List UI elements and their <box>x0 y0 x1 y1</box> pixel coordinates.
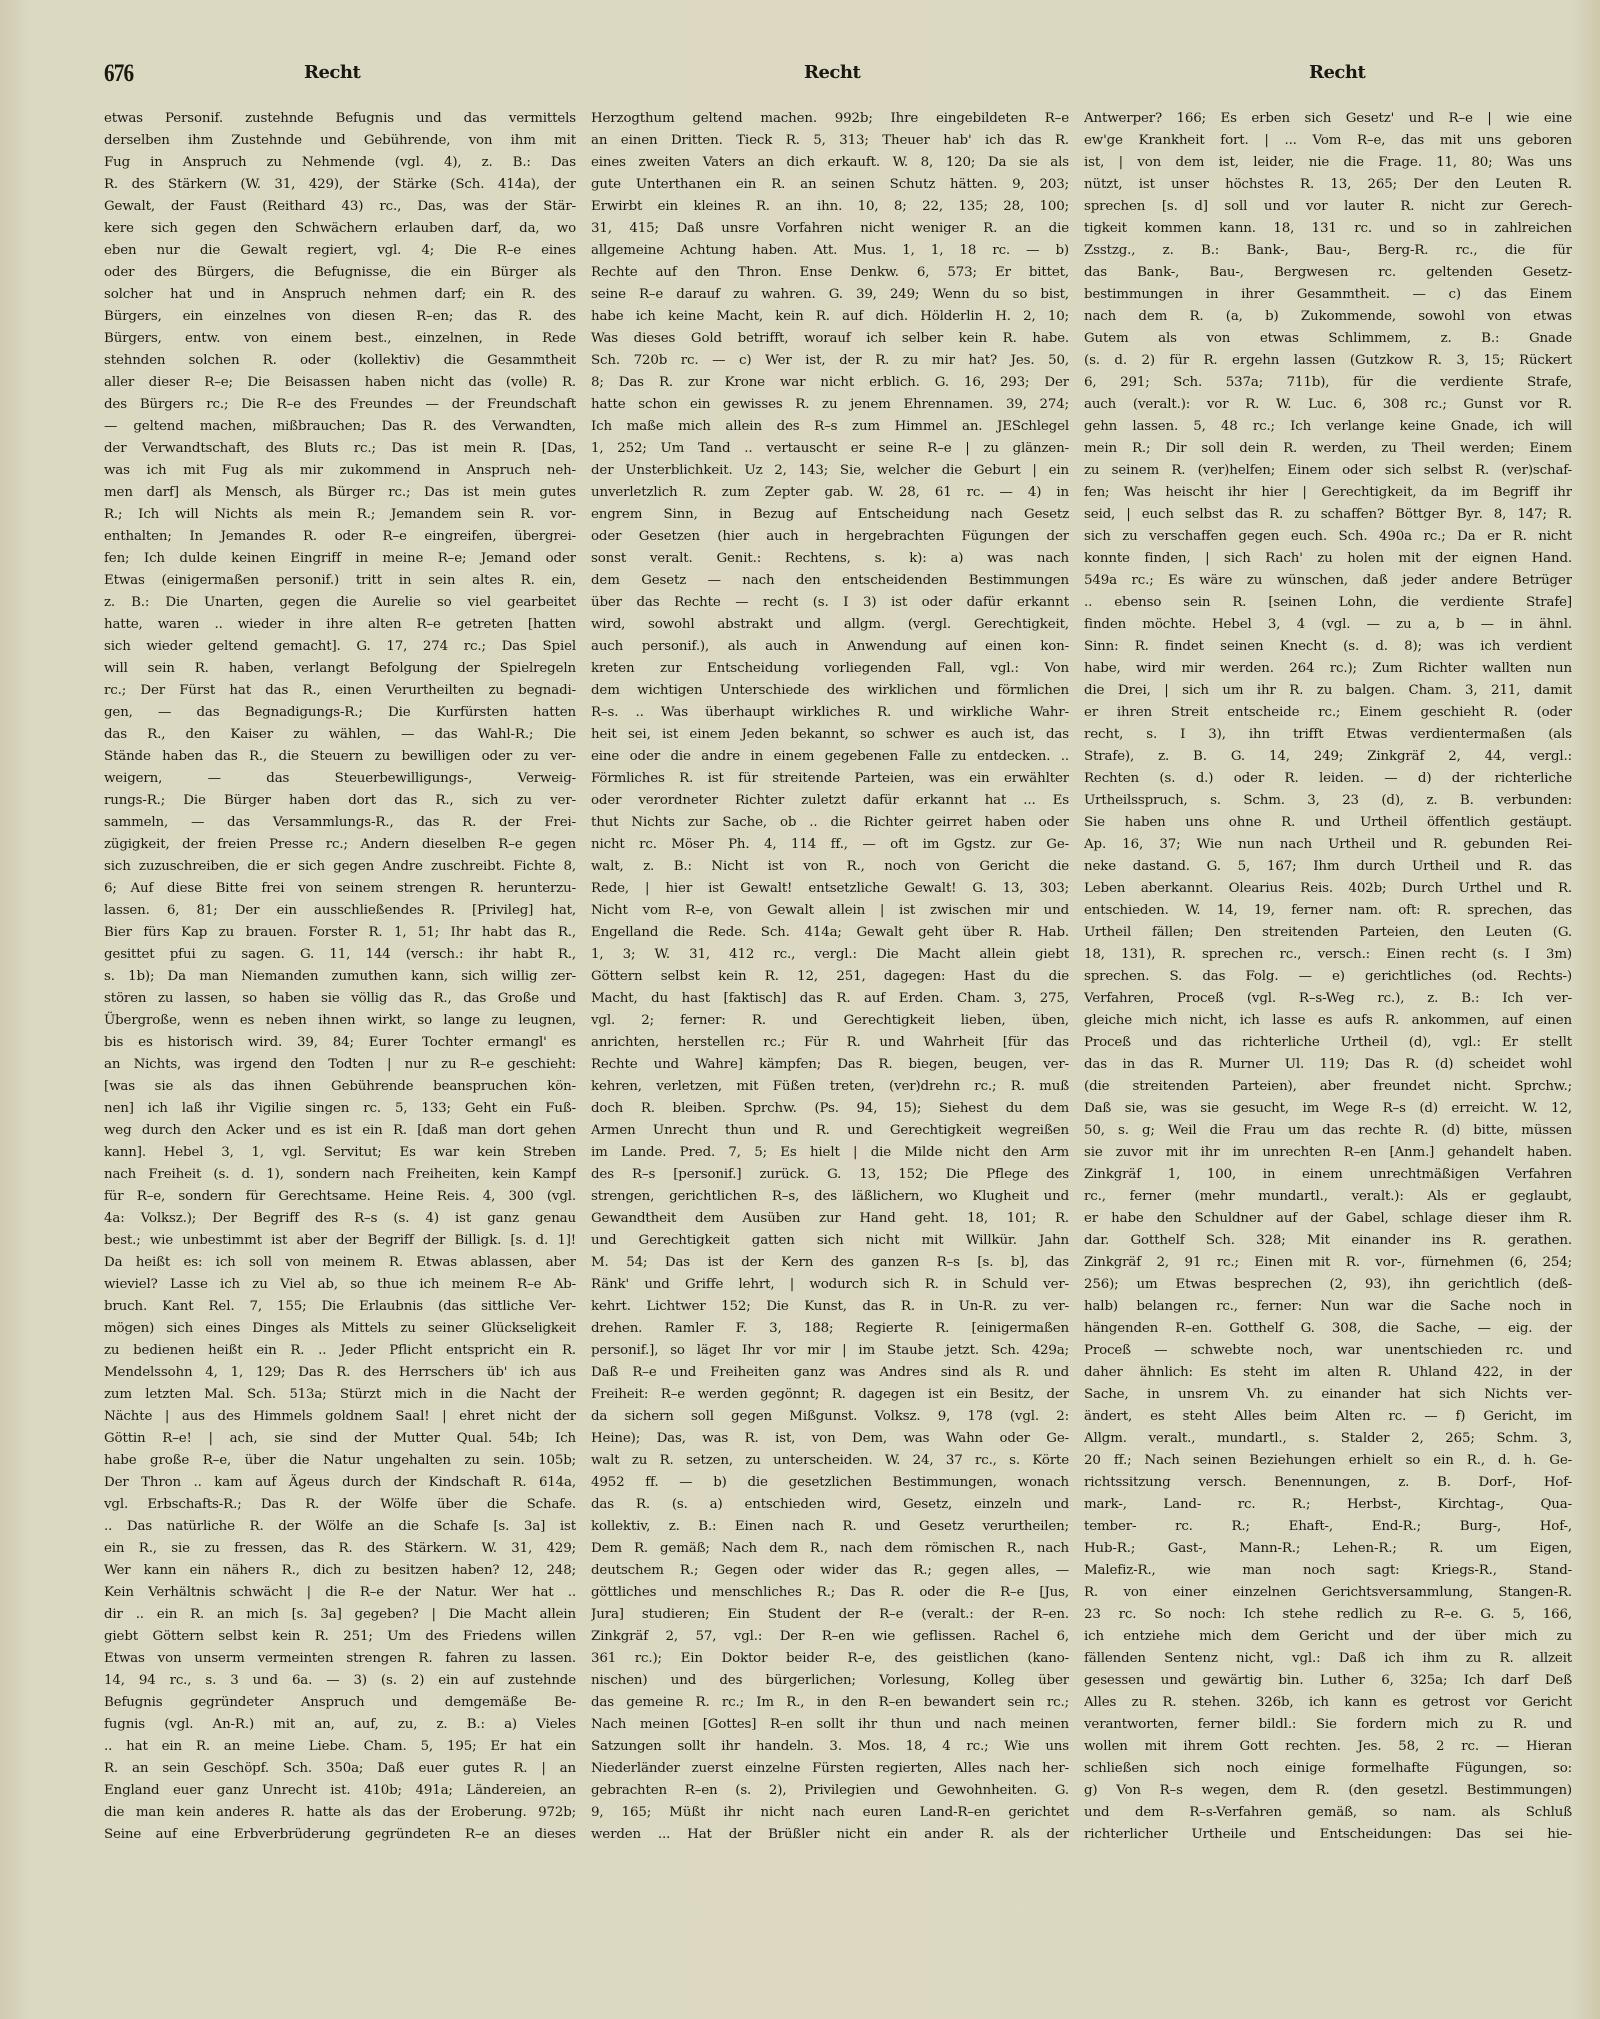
text-line: Göttin R–e! | ach, sie sind der Mutter Q… <box>104 1428 576 1450</box>
text-line: kreten zur Entscheidung vorliegenden Fal… <box>591 658 1069 680</box>
text-line: das gemeine R. rc.; Im R., in den R–en b… <box>591 1692 1069 1714</box>
text-line: Proceß und das richterliche Urtheil (d),… <box>1084 1032 1572 1054</box>
text-line: Rede, | hier ist Gewalt! entsetzliche Ge… <box>591 878 1069 900</box>
text-line: Rechte und Wahre] kämpfen; Das R. biegen… <box>591 1054 1069 1076</box>
text-line: rungs-R.; Die Bürger haben dort das R., … <box>104 790 576 812</box>
text-line: fällenden Sentenz nicht, vgl.: Daß ich i… <box>1084 1648 1572 1670</box>
text-line: 9, 165; Müßt ihr nicht nach euren Land-R… <box>591 1802 1069 1824</box>
text-line: 14, 94 rc., s. 3 und 6a. — 3) (s. 2) ein… <box>104 1670 576 1692</box>
text-line: richtssitzung versch. Benennungen, z. B.… <box>1084 1472 1572 1494</box>
text-line: sonst veralt. Genit.: Rechtens, s. k): a… <box>591 548 1069 570</box>
text-line: Zinkgräf 2, 57, vgl.: Der R–en wie gefli… <box>591 1626 1069 1648</box>
text-line: ich entziehe mich dem Gericht und der üb… <box>1084 1626 1572 1648</box>
text-line: Nächte | aus des Himmels goldnem Saal! |… <box>104 1406 576 1428</box>
text-line: Daß sie, was sie gesucht, im Wege R–s (d… <box>1084 1098 1572 1120</box>
text-line: Rechte auf den Thron. Ense Denkw. 6, 573… <box>591 262 1069 284</box>
text-line: mögen) sich eines Dinges als Mittels zu … <box>104 1318 576 1340</box>
text-line: unverletzlich R. zum Zepter gab. W. 28, … <box>591 482 1069 504</box>
text-line: ändert, es steht Alles beim Alten rc. — … <box>1084 1406 1572 1428</box>
text-line: der Unsterblichkeit. Uz 2, 143; Sie, wel… <box>591 460 1069 482</box>
text-line: gebrachten R–en (s. 2), Privilegien und … <box>591 1780 1069 1802</box>
text-line: R. an sein Geschöpf. Sch. 350a; Daß euer… <box>104 1758 576 1780</box>
text-line: Erwirbt ein kleines R. an ihn. 10, 8; 22… <box>591 196 1069 218</box>
text-line: personif.], so läget Ihr vor mir | im St… <box>591 1340 1069 1362</box>
text-line: Heine); Das, was R. ist, von Dem, was Wa… <box>591 1428 1069 1450</box>
text-line: — geltend machen, mißbrauchen; Das R. de… <box>104 416 576 438</box>
text-line: Fug in Anspruch zu Nehmende (vgl. 4), z.… <box>104 152 576 174</box>
text-line: 4a: Volksz.); Der Begriff des R–s (s. 4)… <box>104 1208 576 1230</box>
text-line: zügigkeit, der freien Presse rc.; Andern… <box>104 834 576 856</box>
text-line: allgemeine Achtung haben. Att. Mus. 1, 1… <box>591 240 1069 262</box>
text-line: z. B.: Die Unarten, gegen die Aurelie so… <box>104 592 576 614</box>
text-line: .. Das natürliche R. der Wölfe an die Sc… <box>104 1516 576 1538</box>
text-line: des Bürgers rc.; Die R–e des Freundes — … <box>104 394 576 416</box>
text-line: 6, 291; Sch. 537a; 711b), für die verdie… <box>1084 372 1572 394</box>
text-line: ist, | von dem ist, leider, nie die Frag… <box>1084 152 1572 174</box>
text-line: Urtheil fällen; Den streitenden Parteien… <box>1084 922 1572 944</box>
text-line: sprechen. S. das Folg. — e) gerichtliche… <box>1084 966 1572 988</box>
text-line: weigern, — das Steuerbewilligungs-, Verw… <box>104 768 576 790</box>
text-line: 256); um Etwas besprechen (2, 93), ihn g… <box>1084 1274 1572 1296</box>
text-line: etwas Personif. zustehnde Befugnis und d… <box>104 108 576 130</box>
text-line: 1, 3; W. 31, 412 rc., vergl.: Die Macht … <box>591 944 1069 966</box>
text-line: des R–s [personif.] zurück. G. 13, 152; … <box>591 1164 1069 1186</box>
text-line: sie zuvor mit ihr im unrechten R–en [Anm… <box>1084 1142 1572 1164</box>
text-line: Daß R–e und Freiheiten ganz was Andres s… <box>591 1362 1069 1384</box>
text-line: seine R–e darauf zu wahren. G. 39, 249; … <box>591 284 1069 306</box>
text-line: Göttern selbst kein R. 12, 251, dagegen:… <box>591 966 1069 988</box>
text-line: gesessen und gewärtig bin. Luther 6, 325… <box>1084 1670 1572 1692</box>
text-line: habe ich keine Macht, kein R. auf dich. … <box>591 306 1069 328</box>
text-line: nen] ich laß ihr Vigilie singen rc. 5, 1… <box>104 1098 576 1120</box>
text-line: Urtheilsspruch, s. Schm. 3, 23 (d), z. B… <box>1084 790 1572 812</box>
text-line: nischen) und des bürgerlichen; Vorlesung… <box>591 1670 1069 1692</box>
text-line: Sch. 720b rc. — c) Wer ist, der R. zu mi… <box>591 350 1069 372</box>
text-line: fen; Was heischt ihr hier | Gerechtigkei… <box>1084 482 1572 504</box>
text-line: Stände haben das R., die Steuern zu bewi… <box>104 746 576 768</box>
text-line: eine oder die andre in einem gegebenen F… <box>591 746 1069 768</box>
text-line: nützt, ist unser höchstes R. 13, 265; De… <box>1084 174 1572 196</box>
text-line: stehnden solchen R. oder (kollektiv) die… <box>104 350 576 372</box>
text-line: entschieden. W. 14, 19, ferner nam. oft:… <box>1084 900 1572 922</box>
text-line: gleiche mich nicht, ich lasse es aufs R.… <box>1084 1010 1572 1032</box>
text-line: 1, 252; Um Tand .. vertauscht er seine R… <box>591 438 1069 460</box>
text-line: dir .. ein R. an mich [s. 3a] gegeben? |… <box>104 1604 576 1626</box>
text-line: hatte schon ein gewisses R. zu jenem Ehr… <box>591 394 1069 416</box>
text-line: das in das R. Murner Ul. 119; Das R. (d)… <box>1084 1054 1572 1076</box>
text-line: heit sei, ist einem Jeden bekannt, so sc… <box>591 724 1069 746</box>
text-line: rc.; Der Fürst hat das R., einen Verurth… <box>104 680 576 702</box>
text-line: (die streitenden Parteien), aber freunde… <box>1084 1076 1572 1098</box>
text-line: drehen. Ramler F. 3, 188; Regierte R. [e… <box>591 1318 1069 1340</box>
text-line: Da heißt es: ich soll von meinem R. Etwa… <box>104 1252 576 1274</box>
text-line: das R. (s. a) entschieden wird, Gesetz, … <box>591 1494 1069 1516</box>
text-line: und Gerechtigkeit gatten sich nicht mit … <box>591 1230 1069 1252</box>
text-line: Sache, in unsrem Vh. zu einander hat sic… <box>1084 1384 1572 1406</box>
text-line: Allgm. veralt., mundartl., s. Stalder 2,… <box>1084 1428 1572 1450</box>
text-line: wird, sowohl abstrakt und allgm. (vergl.… <box>591 614 1069 636</box>
text-line: R. des Stärkern (W. 31, 429), der Stärke… <box>104 174 576 196</box>
text-line: Engelland die Rede. Sch. 414a; Gewalt ge… <box>591 922 1069 944</box>
text-line: hängenden R–en. Gotthelf G. 308, die Sac… <box>1084 1318 1572 1340</box>
text-line: s. 1b); Da man Niemanden zumuthen kann, … <box>104 966 576 988</box>
text-line: R. von einer einzelnen Gerichtsversammlu… <box>1084 1582 1572 1604</box>
text-line: giebt Göttern selbst kein R. 251; Um des… <box>104 1626 576 1648</box>
dictionary-columns: etwas Personif. zustehnde Befugnis und d… <box>104 108 1572 1846</box>
text-line: sprechen [s. d] soll und vor lauter R. n… <box>1084 196 1572 218</box>
text-line: halb) belangen rc., ferner: Nun war die … <box>1084 1296 1572 1318</box>
text-line: weg durch den Acker und es ist ein R. [d… <box>104 1120 576 1142</box>
running-head-center: Recht <box>804 62 860 83</box>
text-line: eben nur die Gewalt regiert, vgl. 4; Die… <box>104 240 576 262</box>
text-line: Gutem als von etwas Schlimmem, z. B.: Gn… <box>1084 328 1572 350</box>
text-line: Zsstzg., z. B.: Bank-, Bau-, Berg-R. rc.… <box>1084 240 1572 262</box>
text-line: über das Rechte — recht (s. I 3) ist ode… <box>591 592 1069 614</box>
text-line: Alles zu R. stehen. 326b, ich kann es ge… <box>1084 1692 1572 1714</box>
text-line: Hub-R.; Gast-, Mann-R.; Lehen-R.; R. um … <box>1084 1538 1572 1560</box>
text-line: recht, s. I 3), ihn trifft Etwas verdien… <box>1084 724 1572 746</box>
text-line: die Drei, | sich um ihr R. zu balgen. Ch… <box>1084 680 1572 702</box>
text-line: stören zu lassen, so haben sie völlig da… <box>104 988 576 1010</box>
text-line: zu bedienen heißt ein R. .. Jeder Pflich… <box>104 1340 576 1362</box>
text-line: auch personif.), als auch in Anwendung a… <box>591 636 1069 658</box>
text-line: sich zu verschaffen gegen euch. Sch. 490… <box>1084 526 1572 548</box>
text-line: tigkeit kommen kann. 18, 131 rc. und so … <box>1084 218 1572 240</box>
text-line: 23 rc. So noch: Ich stehe redlich zu R–e… <box>1084 1604 1572 1626</box>
text-line: Macht, du hast [faktisch] das R. auf Erd… <box>591 988 1069 1010</box>
text-line: das Bank-, Bau-, Bergwesen rc. geltenden… <box>1084 262 1572 284</box>
text-line: anrichten, herstellen rc.; Für R. und Wa… <box>591 1032 1069 1054</box>
text-line: die man kein anderes R. hatte als das de… <box>104 1802 576 1824</box>
text-line: vgl. 2; ferner: R. und Gerechtigkeit lie… <box>591 1010 1069 1032</box>
text-line: neke dastand. G. 5, 167; Ihm durch Urthe… <box>1084 856 1572 878</box>
text-line: Rechten (s. d.) oder R. leiden. — d) der… <box>1084 768 1572 790</box>
text-line: oder verordneter Richter zuletzt dafür e… <box>591 790 1069 812</box>
text-line: Förmliches R. ist für streitende Parteie… <box>591 768 1069 790</box>
text-line: deutschem R.; Gegen oder wider das R.; g… <box>591 1560 1069 1582</box>
text-line: rc., ferner (mehr mundartl., veralt.): A… <box>1084 1186 1572 1208</box>
text-line: fen; Ich dulde keinen Eingriff in meine … <box>104 548 576 570</box>
text-line: zu seinem R. (ver)helfen; Einem oder sic… <box>1084 460 1572 482</box>
text-line: Gewalt, der Faust (Reithard 43) rc., Das… <box>104 196 576 218</box>
text-line: konnte finden, | sich Rach' zu holen mit… <box>1084 548 1572 570</box>
text-line: dem wichtigen Unterschiede des wirkliche… <box>591 680 1069 702</box>
text-line: werden ... Hat der Brüßler nicht ein and… <box>591 1824 1069 1846</box>
text-line: thut Nichts zur Sache, ob .. die Richter… <box>591 812 1069 834</box>
text-line: an einen Dritten. Tieck R. 5, 313; Theue… <box>591 130 1069 152</box>
text-line: dar. Gotthelf Sch. 328; Mit einander ins… <box>1084 1230 1572 1252</box>
text-line: kehren, verletzen, mit Füßen treten, (ve… <box>591 1076 1069 1098</box>
text-line: Strafe), z. B. G. 14, 249; Zinkgräf 2, 4… <box>1084 746 1572 768</box>
text-line: habe große R–e, über die Natur ungehalte… <box>104 1450 576 1472</box>
text-line: er habe den Schuldner auf der Gabel, sch… <box>1084 1208 1572 1230</box>
text-line: will sein R. haben, verlangt Befolgung d… <box>104 658 576 680</box>
text-line: 20 ff.; Nach seinen Beziehungen erhielt … <box>1084 1450 1572 1472</box>
text-line: [was sie als das ihnen Gebührende beansp… <box>104 1076 576 1098</box>
text-line: Nach meinen [Gottes] R–en sollt ihr thun… <box>591 1714 1069 1736</box>
text-line: nach Freiheit (s. d. 1), sondern nach Fr… <box>104 1164 576 1186</box>
text-line: Etwas von unserm vermeinten strengen R. … <box>104 1648 576 1670</box>
text-line: Ich maße mich allein des R–s zum Himmel … <box>591 416 1069 438</box>
text-line: gesittet pfui zu sagen. G. 11, 144 (vers… <box>104 944 576 966</box>
text-line: sich zuzuschreiben, die er sich gegen An… <box>104 856 576 878</box>
text-line: kann]. Hebel 3, 1, vgl. Servitut; Es war… <box>104 1142 576 1164</box>
running-head-left: Recht <box>304 62 360 83</box>
text-line: zum letzten Mal. Sch. 513a; Stürzt mich … <box>104 1384 576 1406</box>
text-line: Satzungen sollt ihr handeln. 3. Mos. 18,… <box>591 1736 1069 1758</box>
text-line: Niederländer zuerst einzelne Fürsten reg… <box>591 1758 1069 1780</box>
text-line: enthalten; In Jemandes R. oder R–e eingr… <box>104 526 576 548</box>
text-line: hatte, waren .. wieder in ihre alten R–e… <box>104 614 576 636</box>
text-line: Jura] studieren; Ein Student der R–e (ve… <box>591 1604 1069 1626</box>
text-line: fugnis (vgl. An-R.) mit an, auf, zu, z. … <box>104 1714 576 1736</box>
text-line: R–s. .. Was überhaupt wirkliches R. und … <box>591 702 1069 724</box>
text-line: schließen sich noch einige formelhafte F… <box>1084 1758 1572 1780</box>
text-line: derselben ihm Zustehnde und Gebührende, … <box>104 130 576 152</box>
text-line: Zinkgräf 1, 100, in einem unrechtmäßigen… <box>1084 1164 1572 1186</box>
text-line: bis es historisch wird. 39, 84; Eurer To… <box>104 1032 576 1054</box>
text-line: nicht rc. Möser Ph. 4, 114 ff., — oft im… <box>591 834 1069 856</box>
text-line: verantworten, ferner bildl.: Sie fordern… <box>1084 1714 1572 1736</box>
text-line: R.; Ich will Nichts als mein R.; Jemande… <box>104 504 576 526</box>
text-line: 31, 415; Daß unsre Vorfahren nicht wenig… <box>591 218 1069 240</box>
text-line: er ihren Streit entscheide rc.; Einem ge… <box>1084 702 1572 724</box>
text-line: Proceß — schwebte noch, war unentschiede… <box>1084 1340 1572 1362</box>
text-line: M. 54; Das ist der Kern des ganzen R–s [… <box>591 1252 1069 1274</box>
text-line: Sinn: R. findet seinen Knecht (s. d. 8);… <box>1084 636 1572 658</box>
text-line: gute Unterthanen ein R. an seinen Schutz… <box>591 174 1069 196</box>
text-line: das R., den Kaiser zu wählen, — das Wahl… <box>104 724 576 746</box>
text-line: im Lande. Pred. 7, 5; Es hielt | die Mil… <box>591 1142 1069 1164</box>
text-line: sich wieder geltend gemacht]. G. 17, 274… <box>104 636 576 658</box>
text-line: 549a rc.; Es wäre zu wünschen, daß jeder… <box>1084 570 1572 592</box>
text-line: Ap. 16, 37; Wie nun nach Urtheil und R. … <box>1084 834 1572 856</box>
text-line: g) Von R–s wegen, dem R. (den gesetzl. B… <box>1084 1780 1572 1802</box>
text-line: seid, | euch selbst das R. zu schaffen? … <box>1084 504 1572 526</box>
text-line: oder Gesetzen (hier auch in hergebrachte… <box>591 526 1069 548</box>
text-line: Malefiz-R., wie man noch sagt: Kriegs-R.… <box>1084 1560 1572 1582</box>
text-line: Übergroße, wenn es neben ihnen wirkt, so… <box>104 1010 576 1032</box>
text-line: für R–e, sondern für Gerechtsame. Heine … <box>104 1186 576 1208</box>
running-head-right: Recht <box>1309 62 1365 83</box>
text-line: Leben aberkannt. Olearius Reis. 402b; Du… <box>1084 878 1572 900</box>
text-line: daher ähnlich: Es steht im alten R. Uhla… <box>1084 1362 1572 1384</box>
text-line: Herzogthum geltend machen. 992b; Ihre ei… <box>591 108 1069 130</box>
text-line: mein R.; Dir soll dein R. werden, zu The… <box>1084 438 1572 460</box>
text-line: eines zweiten Vaters an dich erkauft. W.… <box>591 152 1069 174</box>
text-line: an Nichts, was irgend den Todten | nur z… <box>104 1054 576 1076</box>
text-line: und dem R–s-Verfahren gemäß, so nam. als… <box>1084 1802 1572 1824</box>
text-line: best.; wie unbestimmt ist aber der Begri… <box>104 1230 576 1252</box>
text-line: engrem Sinn, in Bezug auf Entscheidung n… <box>591 504 1069 526</box>
text-line: auch (veralt.): vor R. W. Luc. 6, 308 rc… <box>1084 394 1572 416</box>
text-line: finden möchte. Hebel 3, 4 (vgl. — zu a, … <box>1084 614 1572 636</box>
text-line: walt, z. B.: Nicht ist von R., noch von … <box>591 856 1069 878</box>
text-line: Freiheit: R–e werden gegönnt; R. dagegen… <box>591 1384 1069 1406</box>
text-line: dem Gesetz — nach den entscheidenden Bes… <box>591 570 1069 592</box>
text-line: walt zu R. setzen, zu unterscheiden. W. … <box>591 1450 1069 1472</box>
text-line: oder des Bürgers, die Befugnisse, die ei… <box>104 262 576 284</box>
text-line: Bürgers, entw. von einem best., einzelne… <box>104 328 576 350</box>
column-2: Herzogthum geltend machen. 992b; Ihre ei… <box>591 108 1069 1846</box>
text-line: ew'ge Krankheit fort. | ... Vom R–e, das… <box>1084 130 1572 152</box>
text-line: aller dieser R–e; Die Beisassen haben ni… <box>104 372 576 394</box>
text-line: .. ebenso sein R. [seinen Lohn, die verd… <box>1084 592 1572 614</box>
text-line: vgl. Erbschafts-R.; Das R. der Wölfe übe… <box>104 1494 576 1516</box>
text-line: der Verwandtschaft, des Bluts rc.; Das i… <box>104 438 576 460</box>
text-line: strengen, gerichtlichen R–s, des läßlich… <box>591 1186 1069 1208</box>
text-line: Armen Unrecht thun und R. und Gerechtigk… <box>591 1120 1069 1142</box>
text-line: Ränk' und Griffe lehrt, | wodurch sich R… <box>591 1274 1069 1296</box>
text-line: nach dem R. (a, b) Zukommende, sowohl vo… <box>1084 306 1572 328</box>
text-line: Wer kann ein nähers R., dich zu besitzen… <box>104 1560 576 1582</box>
text-line: mark-, Land- rc. R.; Herbst-, Kirchtag-,… <box>1084 1494 1572 1516</box>
text-line: kehrt. Lichtwer 152; Die Kunst, das R. i… <box>591 1296 1069 1318</box>
text-line: ein R., sie zu fressen, das R. des Stärk… <box>104 1538 576 1560</box>
column-3: Antwerper? 166; Es erben sich Gesetz' un… <box>1084 108 1572 1846</box>
text-line: Zinkgräf 2, 91 rc.; Einen mit R. vor-, f… <box>1084 1252 1572 1274</box>
text-line: Kein Verhältnis schwächt | die R–e der N… <box>104 1582 576 1604</box>
text-line: richterlicher Urtheile und Entscheidunge… <box>1084 1824 1572 1846</box>
text-line: was ich mit Fug als mir zukommend in Ans… <box>104 460 576 482</box>
text-line: lassen. 6, 81; Der ein ausschließendes R… <box>104 900 576 922</box>
text-line: England euer ganz Unrecht ist. 410b; 491… <box>104 1780 576 1802</box>
text-line: .. hat ein R. an meine Liebe. Cham. 5, 1… <box>104 1736 576 1758</box>
text-line: 4952 ff. — b) die gesetzlichen Bestimmun… <box>591 1472 1069 1494</box>
text-line: bruch. Kant Rel. 7, 155; Die Erlaubnis (… <box>104 1296 576 1318</box>
text-line: 50, s. g; Weil die Frau um das rechte R.… <box>1084 1120 1572 1142</box>
text-line: Antwerper? 166; Es erben sich Gesetz' un… <box>1084 108 1572 130</box>
text-line: Bürgers, ein einzelnes von diesen R–en; … <box>104 306 576 328</box>
text-line: wollen mit ihrem Gott rechten. Jes. 58, … <box>1084 1736 1572 1758</box>
page-header: 676 Recht Recht Recht <box>104 60 1570 90</box>
text-line: Bier fürs Kap zu brauen. Forster R. 1, 5… <box>104 922 576 944</box>
text-line: wieviel? Lasse ich zu Viel ab, so thue i… <box>104 1274 576 1296</box>
text-line: habe, wird mir werden. 264 rc.); Zum Ric… <box>1084 658 1572 680</box>
text-line: Der Thron .. kam auf Ägeus durch der Kin… <box>104 1472 576 1494</box>
text-line: tember- rc. R.; Ehaft-, End-R.; Burg-, H… <box>1084 1516 1572 1538</box>
text-line: 18, 131), R. sprechen rc., versch.: Eine… <box>1084 944 1572 966</box>
text-line: 361 rc.); Ein Doktor beider R–e, des gei… <box>591 1648 1069 1670</box>
text-line: doch R. bleiben. Sprchw. (Ps. 94, 15); S… <box>591 1098 1069 1120</box>
page-number: 676 <box>104 60 133 88</box>
text-line: solcher hat und in Anspruch nehmen darf;… <box>104 284 576 306</box>
text-line: da sichern soll gegen Mißgunst. Volksz. … <box>591 1406 1069 1428</box>
text-line: sammeln, — das Versammlungs-R., das R. d… <box>104 812 576 834</box>
text-line: men darf] als Mensch, als Bürger rc.; Da… <box>104 482 576 504</box>
text-line: kere sich gegen den Schwächern erlauben … <box>104 218 576 240</box>
text-line: Verfahren, Proceß (vgl. R–s-Weg rc.), z.… <box>1084 988 1572 1010</box>
text-line: Dem R. gemäß; Nach dem R., nach dem römi… <box>591 1538 1069 1560</box>
text-line: Seine auf eine Erbverbrüderung gegründet… <box>104 1824 576 1846</box>
text-line: Was dieses Gold betrifft, worauf ich sel… <box>591 328 1069 350</box>
column-1: etwas Personif. zustehnde Befugnis und d… <box>104 108 576 1846</box>
text-line: Nicht vom R–e, von Gewalt allein | ist z… <box>591 900 1069 922</box>
text-line: Etwas (einigermaßen personif.) tritt in … <box>104 570 576 592</box>
text-line: 6; Auf diese Bitte frei von seinem stren… <box>104 878 576 900</box>
text-line: Befugnis gegründeter Anspruch und demgem… <box>104 1692 576 1714</box>
text-line: (s. d. 2) für R. ergehn lassen (Gutzkow … <box>1084 350 1572 372</box>
text-line: gehn lassen. 5, 48 rc.; Ich verlange kei… <box>1084 416 1572 438</box>
text-line: Gewandtheit dem Ausüben zur Hand geht. 1… <box>591 1208 1069 1230</box>
text-line: Sie haben uns ohne R. und Urtheil öffent… <box>1084 812 1572 834</box>
text-line: kollektiv, z. B.: Einen nach R. und Gese… <box>591 1516 1069 1538</box>
text-line: göttliches und menschliches R.; Das R. o… <box>591 1582 1069 1604</box>
text-line: 8; Das R. zur Krone war nicht erblich. G… <box>591 372 1069 394</box>
text-line: Mendelssohn 4, 1, 129; Das R. des Herrsc… <box>104 1362 576 1384</box>
text-line: bestimmungen in ihrer Gesammtheit. — c) … <box>1084 284 1572 306</box>
text-line: gen, — das Begnadigungs-R.; Die Kurfürst… <box>104 702 576 724</box>
